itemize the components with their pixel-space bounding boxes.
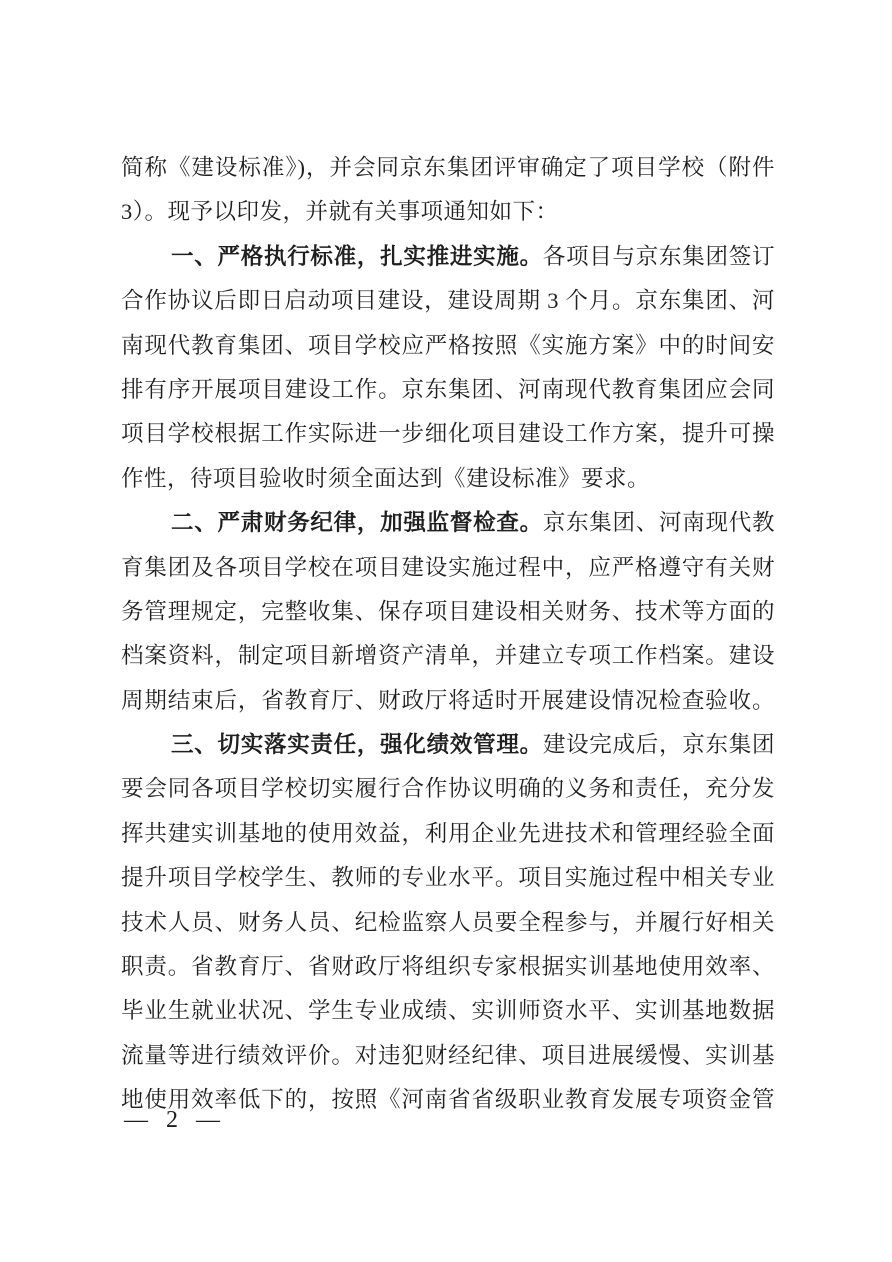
text-line: 要会同各项目学校切实履行合作协议明确的义务和责任，充分发	[121, 767, 775, 811]
text-line: 提升项目学校学生、教师的专业水平。项目实施过程中相关专业	[121, 856, 775, 900]
body-text: 挥共建实训基地的使用效益，利用企业先进技术和管理经验全面	[121, 821, 775, 846]
text-line: 排有序开展项目建设工作。京东集团、河南现代教育集团应会同	[121, 368, 775, 412]
text-line: 项目学校根据工作实际进一步细化项目建设工作方案，提升可操	[121, 412, 775, 456]
text-line: 3）。现予以印发，并就有关事项通知如下：	[121, 190, 775, 234]
text-line: 二、严肃财务纪律，加强监督检查。京东集团、河南现代教	[121, 501, 775, 545]
text-line: 职责。省教育厅、省财政厅将组织专家根据实训基地使用效率、	[121, 945, 775, 989]
body-text: 简称《建设标准》)，并会同京东集团评审确定了项目学校（附件	[121, 155, 775, 180]
body-text: 建设完成后，京东集团	[543, 732, 775, 757]
body-text: 技术人员、财务人员、纪检监察人员要全程参与，并履行好相关	[121, 910, 775, 935]
text-line: 档案资料，制定项目新增资产清单，并建立专项工作档案。建设	[121, 634, 775, 678]
text-line: 流量等进行绩效评价。对违犯财经纪律、项目进展缓慢、实训基	[121, 1034, 775, 1078]
document-page: 简称《建设标准》)，并会同京东集团评审确定了项目学校（附件3）。现予以印发，并就…	[0, 0, 892, 1262]
body-text: 合作协议后即日启动项目建设，建设周期 3 个月。京东集团、河	[121, 288, 775, 313]
text-line: 挥共建实训基地的使用效益，利用企业先进技术和管理经验全面	[121, 812, 775, 856]
body-text: 毕业生就业状况、学生专业成绩、实训师资水平、实训基地数据	[121, 998, 775, 1023]
document-body: 简称《建设标准》)，并会同京东集团评审确定了项目学校（附件3）。现予以印发，并就…	[121, 146, 775, 1123]
section-heading-text: 二、严肃财务纪律，加强监督检查。	[171, 510, 543, 535]
text-line: 一、严格执行标准，扎实推进实施。各项目与京东集团签订	[121, 235, 775, 279]
section-heading-text: 三、切实落实责任，强化绩效管理。	[171, 732, 543, 757]
body-text: 排有序开展项目建设工作。京东集团、河南现代教育集团应会同	[121, 377, 775, 402]
body-text: 各项目与京东集团签订	[543, 244, 775, 269]
text-line: 简称《建设标准》)，并会同京东集团评审确定了项目学校（附件	[121, 146, 775, 190]
body-text: 流量等进行绩效评价。对违犯财经纪律、项目进展缓慢、实训基	[121, 1043, 775, 1068]
body-text: 要会同各项目学校切实履行合作协议明确的义务和责任，充分发	[121, 776, 775, 801]
text-line: 作性，待项目验收时须全面达到《建设标准》要求。	[121, 457, 775, 501]
text-line: 毕业生就业状况、学生专业成绩、实训师资水平、实训基地数据	[121, 989, 775, 1033]
section-heading-text: 一、严格执行标准，扎实推进实施。	[171, 244, 543, 269]
text-line: 务管理规定，完整收集、保存项目建设相关财务、技术等方面的	[121, 590, 775, 634]
body-text: 项目学校根据工作实际进一步细化项目建设工作方案，提升可操	[121, 421, 775, 446]
body-text: 职责。省教育厅、省财政厅将组织专家根据实训基地使用效率、	[121, 954, 775, 979]
body-text: 京东集团、河南现代教	[543, 510, 775, 535]
text-line: 技术人员、财务人员、纪检监察人员要全程参与，并履行好相关	[121, 901, 775, 945]
text-line: 周期结束后，省教育厅、财政厅将适时开展建设情况检查验收。	[121, 679, 775, 723]
body-text: 育集团及各项目学校在项目建设实施过程中，应严格遵守有关财	[121, 555, 775, 580]
page-number: — 2 —	[124, 1102, 221, 1138]
body-text: 3）。现予以印发，并就有关事项通知如下：	[121, 199, 559, 224]
text-line: 合作协议后即日启动项目建设，建设周期 3 个月。京东集团、河	[121, 279, 775, 323]
body-text: 作性，待项目验收时须全面达到《建设标准》要求。	[121, 466, 650, 491]
body-text: 南现代教育集团、项目学校应严格按照《实施方案》中的时间安	[121, 333, 775, 358]
body-text: 档案资料，制定项目新增资产清单，并建立专项工作档案。建设	[121, 643, 775, 668]
text-line: 三、切实落实责任，强化绩效管理。建设完成后，京东集团	[121, 723, 775, 767]
body-text: 务管理规定，完整收集、保存项目建设相关财务、技术等方面的	[121, 599, 775, 624]
text-line: 南现代教育集团、项目学校应严格按照《实施方案》中的时间安	[121, 324, 775, 368]
body-text: 周期结束后，省教育厅、财政厅将适时开展建设情况检查验收。	[121, 688, 775, 713]
text-line: 育集团及各项目学校在项目建设实施过程中，应严格遵守有关财	[121, 546, 775, 590]
body-text: 提升项目学校学生、教师的专业水平。项目实施过程中相关专业	[121, 865, 775, 890]
